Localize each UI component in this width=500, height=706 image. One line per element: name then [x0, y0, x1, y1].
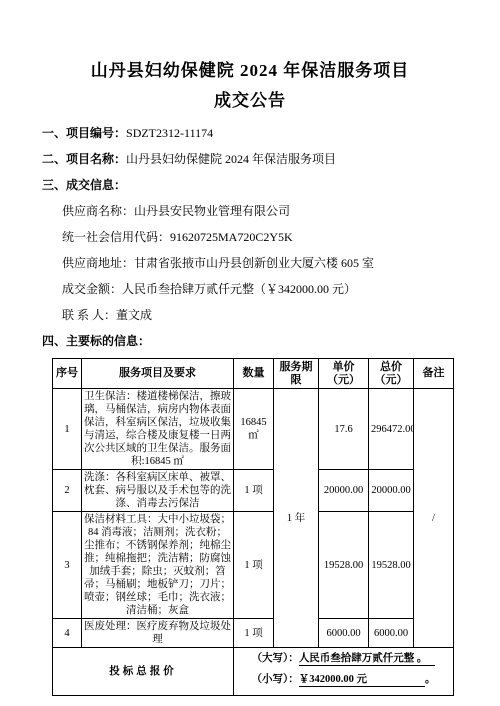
row1-total-price: 296472.00: [369, 389, 414, 470]
total-bid-label: 投标总报价: [53, 648, 234, 696]
table-header-row: 序号 服务项目及要求 数量 服务期限 单价 （元） 总价 （元） 备注: [53, 359, 454, 389]
row1-quantity: 16845 ㎡: [234, 389, 274, 470]
project-number-line: 一、项目编号：SDZT2312-11174: [42, 120, 458, 146]
supplier-name-value: 山丹县安民物业管理有限公司: [134, 204, 290, 218]
header-service-period: 服务期限: [274, 359, 319, 389]
table-row-3: 3 保洁材料工具：大中小垃圾袋；84 消毒液；洁厕剂；洗衣粉；尘推布；不锈钢保养…: [53, 512, 454, 619]
row1-description: 卫生保洁：楼道楼梯保洁，擦玻璃，马桶保洁，病房内物体表面保洁，科室病区保洁，垃圾…: [82, 389, 234, 470]
table-footer-row: 投标总报价 （大写）：人民币叁拾肆万贰仟元整 。 （小写）：￥342000.00…: [53, 648, 454, 696]
supplier-address-label: 供应商地址：: [62, 256, 134, 270]
row3-description: 保洁材料工具：大中小垃圾袋；84 消毒液；洁厕剂；洗衣粉；尘推布；不锈钢保养剂；…: [82, 512, 234, 619]
row1-unit-price: 17.6: [319, 389, 369, 470]
row2-unit-price: 20000.00: [319, 470, 369, 512]
header-remark: 备注: [414, 359, 454, 389]
project-number-label: 一、项目编号：: [42, 126, 126, 140]
title-line-2: 成交公告: [0, 86, 500, 116]
numeric-label: （小写）：: [252, 674, 299, 685]
credit-code-line: 统一社会信用代码：91620725MA720C2Y5K: [42, 224, 458, 250]
service-period-cell: 1 年: [274, 389, 319, 648]
project-number-value: SDZT2312-11174: [126, 126, 213, 140]
contact-label: 联 系 人：: [62, 308, 116, 322]
table-row-2: 2 洗涤：各科室病区床单、被罩、枕套、病号服以及手术包等的洗涤、消毒去污保洁 1…: [53, 470, 454, 512]
document-page: 山丹县妇幼保健院 2024 年保洁服务项目 成交公告 一、项目编号：SDZT23…: [0, 0, 500, 706]
project-name-line: 二、项目名称：山丹县妇幼保健院 2024 年保洁服务项目: [42, 146, 458, 172]
row3-unit-price: 19528.00: [319, 512, 369, 619]
table-row-1: 1 卫生保洁：楼道楼梯保洁，擦玻璃，马桶保洁，病房内物体表面保洁，科室病区保洁，…: [53, 389, 454, 470]
document-body: 一、项目编号：SDZT2312-11174 二、项目名称：山丹县妇幼保健院 20…: [0, 116, 500, 696]
contact-value: 董文成: [116, 308, 152, 322]
supplier-address-line: 供应商地址：甘肃省张掖市山丹县创新创业大厦六楼 605 室: [42, 250, 458, 276]
table-row-4: 4 医废处理：医疗废弃物及垃圾处理 1 项 6000.00 6000.00: [53, 619, 454, 648]
total-bid-content: （大写）：人民币叁拾肆万贰仟元整 。 （小写）：￥342000.00 元。: [234, 648, 454, 696]
capital-label: （大写）：: [252, 653, 299, 664]
header-seq: 序号: [53, 359, 82, 389]
supplier-name-line: 供应商名称：山丹县安民物业管理有限公司: [42, 198, 458, 224]
deal-info-heading: 三、成交信息：: [42, 172, 458, 198]
total-bid-capital-line: （大写）：人民币叁拾肆万贰仟元整 。: [236, 652, 451, 666]
page-title: 山丹县妇幼保健院 2024 年保洁服务项目 成交公告: [0, 56, 500, 116]
header-service-item: 服务项目及要求: [82, 359, 234, 389]
capital-value: 人民币叁拾肆万贰仟元整 。: [299, 652, 436, 666]
row2-seq: 2: [53, 470, 82, 512]
total-bid-numeric-line: （小写）：￥342000.00 元。: [236, 673, 451, 687]
row4-description: 医废处理：医疗废弃物及垃圾处理: [82, 619, 234, 648]
numeric-suffix: 。: [425, 674, 436, 685]
main-info-table: 序号 服务项目及要求 数量 服务期限 单价 （元） 总价 （元） 备注 1 卫生…: [52, 358, 454, 696]
row2-quantity: 1 项: [234, 470, 274, 512]
contact-line: 联 系 人：董文成: [42, 302, 458, 328]
project-name-value: 山丹县妇幼保健院 2024 年保洁服务项目: [126, 152, 336, 166]
numeric-value: ￥342000.00 元: [299, 673, 425, 687]
remark-cell: /: [414, 389, 454, 648]
row1-seq: 1: [53, 389, 82, 470]
credit-code-label: 统一社会信用代码：: [62, 230, 170, 244]
row4-quantity: 1 项: [234, 619, 274, 648]
row3-seq: 3: [53, 512, 82, 619]
row4-unit-price: 6000.00: [319, 619, 369, 648]
title-line-1: 山丹县妇幼保健院 2024 年保洁服务项目: [0, 56, 500, 86]
main-info-heading: 四、主要标的信息：: [42, 328, 458, 354]
header-unit-price: 单价 （元）: [319, 359, 369, 389]
deal-amount-value: 人民币叁拾肆万贰仟元整（￥342000.00 元）: [122, 282, 356, 296]
header-total-price: 总价 （元）: [369, 359, 414, 389]
row4-total-price: 6000.00: [369, 619, 414, 648]
row2-description: 洗涤：各科室病区床单、被罩、枕套、病号服以及手术包等的洗涤、消毒去污保洁: [82, 470, 234, 512]
supplier-address-value: 甘肃省张掖市山丹县创新创业大厦六楼 605 室: [134, 256, 374, 270]
row4-seq: 4: [53, 619, 82, 648]
row3-quantity: 1 项: [234, 512, 274, 619]
deal-amount-line: 成交金额：人民币叁拾肆万贰仟元整（￥342000.00 元）: [42, 276, 458, 302]
header-quantity: 数量: [234, 359, 274, 389]
supplier-name-label: 供应商名称：: [62, 204, 134, 218]
row3-total-price: 19528.00: [369, 512, 414, 619]
deal-amount-label: 成交金额：: [62, 282, 122, 296]
credit-code-value: 91620725MA720C2Y5K: [170, 230, 293, 244]
row2-total-price: 20000.00: [369, 470, 414, 512]
project-name-label: 二、项目名称：: [42, 152, 126, 166]
